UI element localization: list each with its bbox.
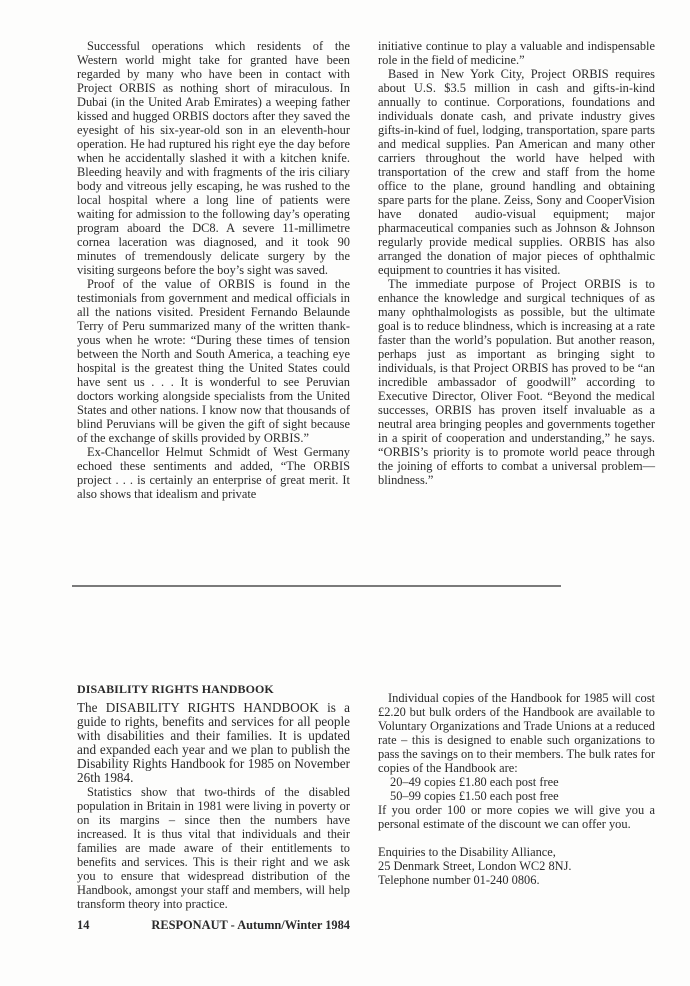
page-number: 14: [77, 918, 89, 933]
article-paragraph: Successful operations which residents of…: [77, 39, 350, 277]
article-paragraph: Ex-Chancellor Helmut Schmidt of West Ger…: [77, 445, 350, 501]
article-paragraph: Proof of the value of ORBIS is found in …: [77, 277, 350, 445]
article-right-column: initiative continue to play a valuable a…: [378, 39, 655, 487]
article-paragraph: The immediate purpose of Project ORBIS i…: [378, 277, 655, 487]
large-order-paragraph: If you order 100 or more copies we will …: [378, 803, 655, 831]
bulk-rate-item: 20–49 copies £1.80 each post free: [378, 775, 655, 789]
handbook-left-column: DISABILITY RIGHTS HANDBOOK The DISABILIT…: [77, 682, 350, 911]
contact-line: Enquiries to the Disability Alliance,: [378, 845, 655, 859]
publication-line: RESPONAUT - Autumn/Winter 1984: [151, 918, 350, 933]
handbook-paragraph: The DISABILITY RIGHTS HANDBOOK is a guid…: [77, 701, 350, 785]
article-left-column: Successful operations which residents of…: [77, 39, 350, 501]
section-divider: [72, 585, 561, 587]
handbook-heading: DISABILITY RIGHTS HANDBOOK: [77, 682, 350, 696]
article-paragraph: Based in New York City, Project ORBIS re…: [378, 67, 655, 277]
contact-line: 25 Denmark Street, London WC2 8NJ.: [378, 859, 655, 873]
contact-line: Telephone number 01-240 0806.: [378, 873, 655, 887]
handbook-paragraph: Statistics show that two-thirds of the d…: [77, 785, 350, 911]
bulk-rate-item: 50–99 copies £1.50 each post free: [378, 789, 655, 803]
handbook-pricing-paragraph: Individual copies of the Handbook for 19…: [378, 691, 655, 775]
handbook-right-column: Individual copies of the Handbook for 19…: [378, 691, 655, 887]
article-paragraph: initiative continue to play a valuable a…: [378, 39, 655, 67]
